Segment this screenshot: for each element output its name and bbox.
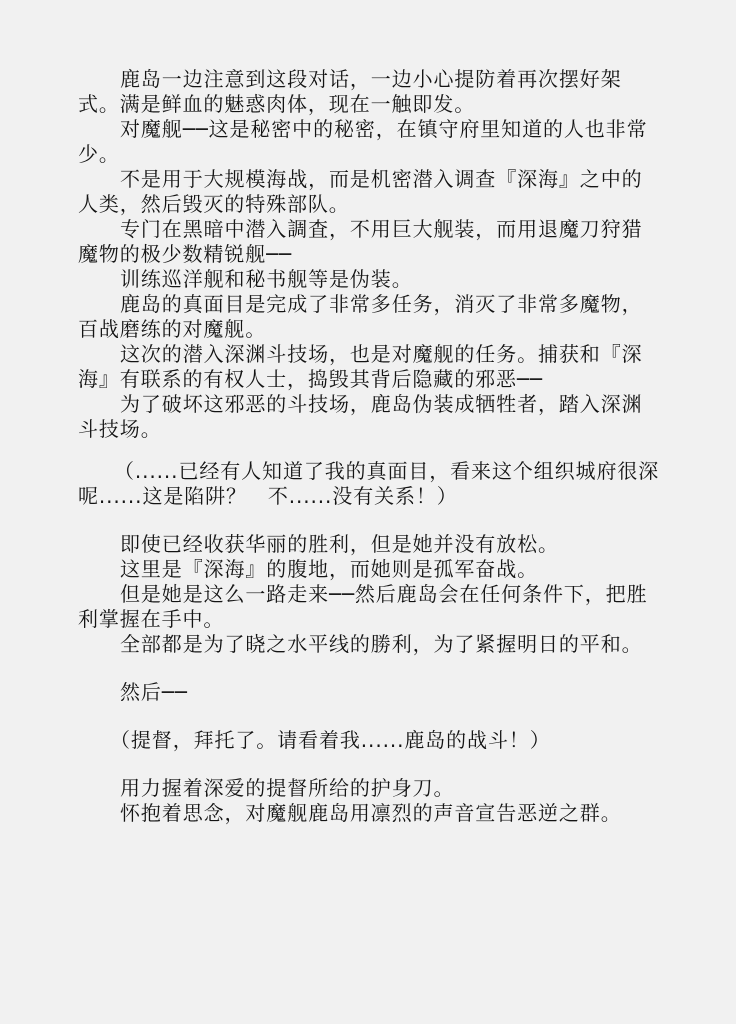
blank-line (78, 442, 660, 459)
paragraph: 对魔舰──这是秘密中的秘密，在镇守府里知道的人也非常少。 (78, 117, 660, 167)
paragraph: 即使已经收获华丽的胜利，但是她并没有放松。 (78, 532, 660, 557)
blank-line (78, 509, 660, 532)
blank-line (78, 705, 660, 728)
paragraph: 这里是『深海』的腹地，而她则是孤军奋战。 (78, 557, 660, 582)
blank-line (78, 753, 660, 776)
paragraph: 不是用于大规模海战，而是机密潜入调查『深海』之中的人类，然后毁灭的特殊部队。 (78, 167, 660, 217)
paragraph: 但是她是这么一路走来──然后鹿岛会在任何条件下，把胜利掌握在手中。 (78, 582, 660, 632)
paragraph: 鹿岛的真面目是完成了非常多任务，消灭了非常多魔物，百战磨练的对魔舰。 (78, 292, 660, 342)
paragraph: 全部都是为了晓之水平线的勝利，为了紧握明日的平和。 (78, 632, 660, 657)
inner-thought: （......已经有人知道了我的真面目，看来这个组织城府很深呢......这是陷… (78, 459, 660, 509)
blank-line (78, 657, 660, 680)
document-page: 鹿岛一边注意到这段对话，一边小心提防着再次摆好架式。满是鲜血的魅惑肉体，现在一触… (78, 67, 660, 826)
paragraph: 这次的潜入深渊斗技场，也是对魔舰的任务。捕获和『深海』有联系的有权人士，捣毁其背… (78, 342, 660, 392)
paragraph: 为了破坏这邪恶的斗技场，鹿岛伪装成牺牲者，踏入深渊斗技场。 (78, 392, 660, 442)
paragraph: 然后── (78, 680, 660, 705)
paragraph: 用力握着深爱的提督所给的护身刀。 (78, 776, 660, 801)
paragraph: 训练巡洋舰和秘书舰等是伪装。 (78, 267, 660, 292)
paragraph: 鹿岛一边注意到这段对话，一边小心提防着再次摆好架式。满是鲜血的魅惑肉体，现在一触… (78, 67, 660, 117)
inner-thought: （提督，拜托了。请看着我......鹿岛的战斗！） (78, 728, 660, 753)
paragraph: 怀抱着思念，对魔舰鹿岛用凛烈的声音宣告恶逆之群。 (78, 801, 660, 826)
paragraph: 专门在黑暗中潜入調査，不用巨大舰装，而用退魔刀狩猎魔物的极少数精锐舰── (78, 217, 660, 267)
